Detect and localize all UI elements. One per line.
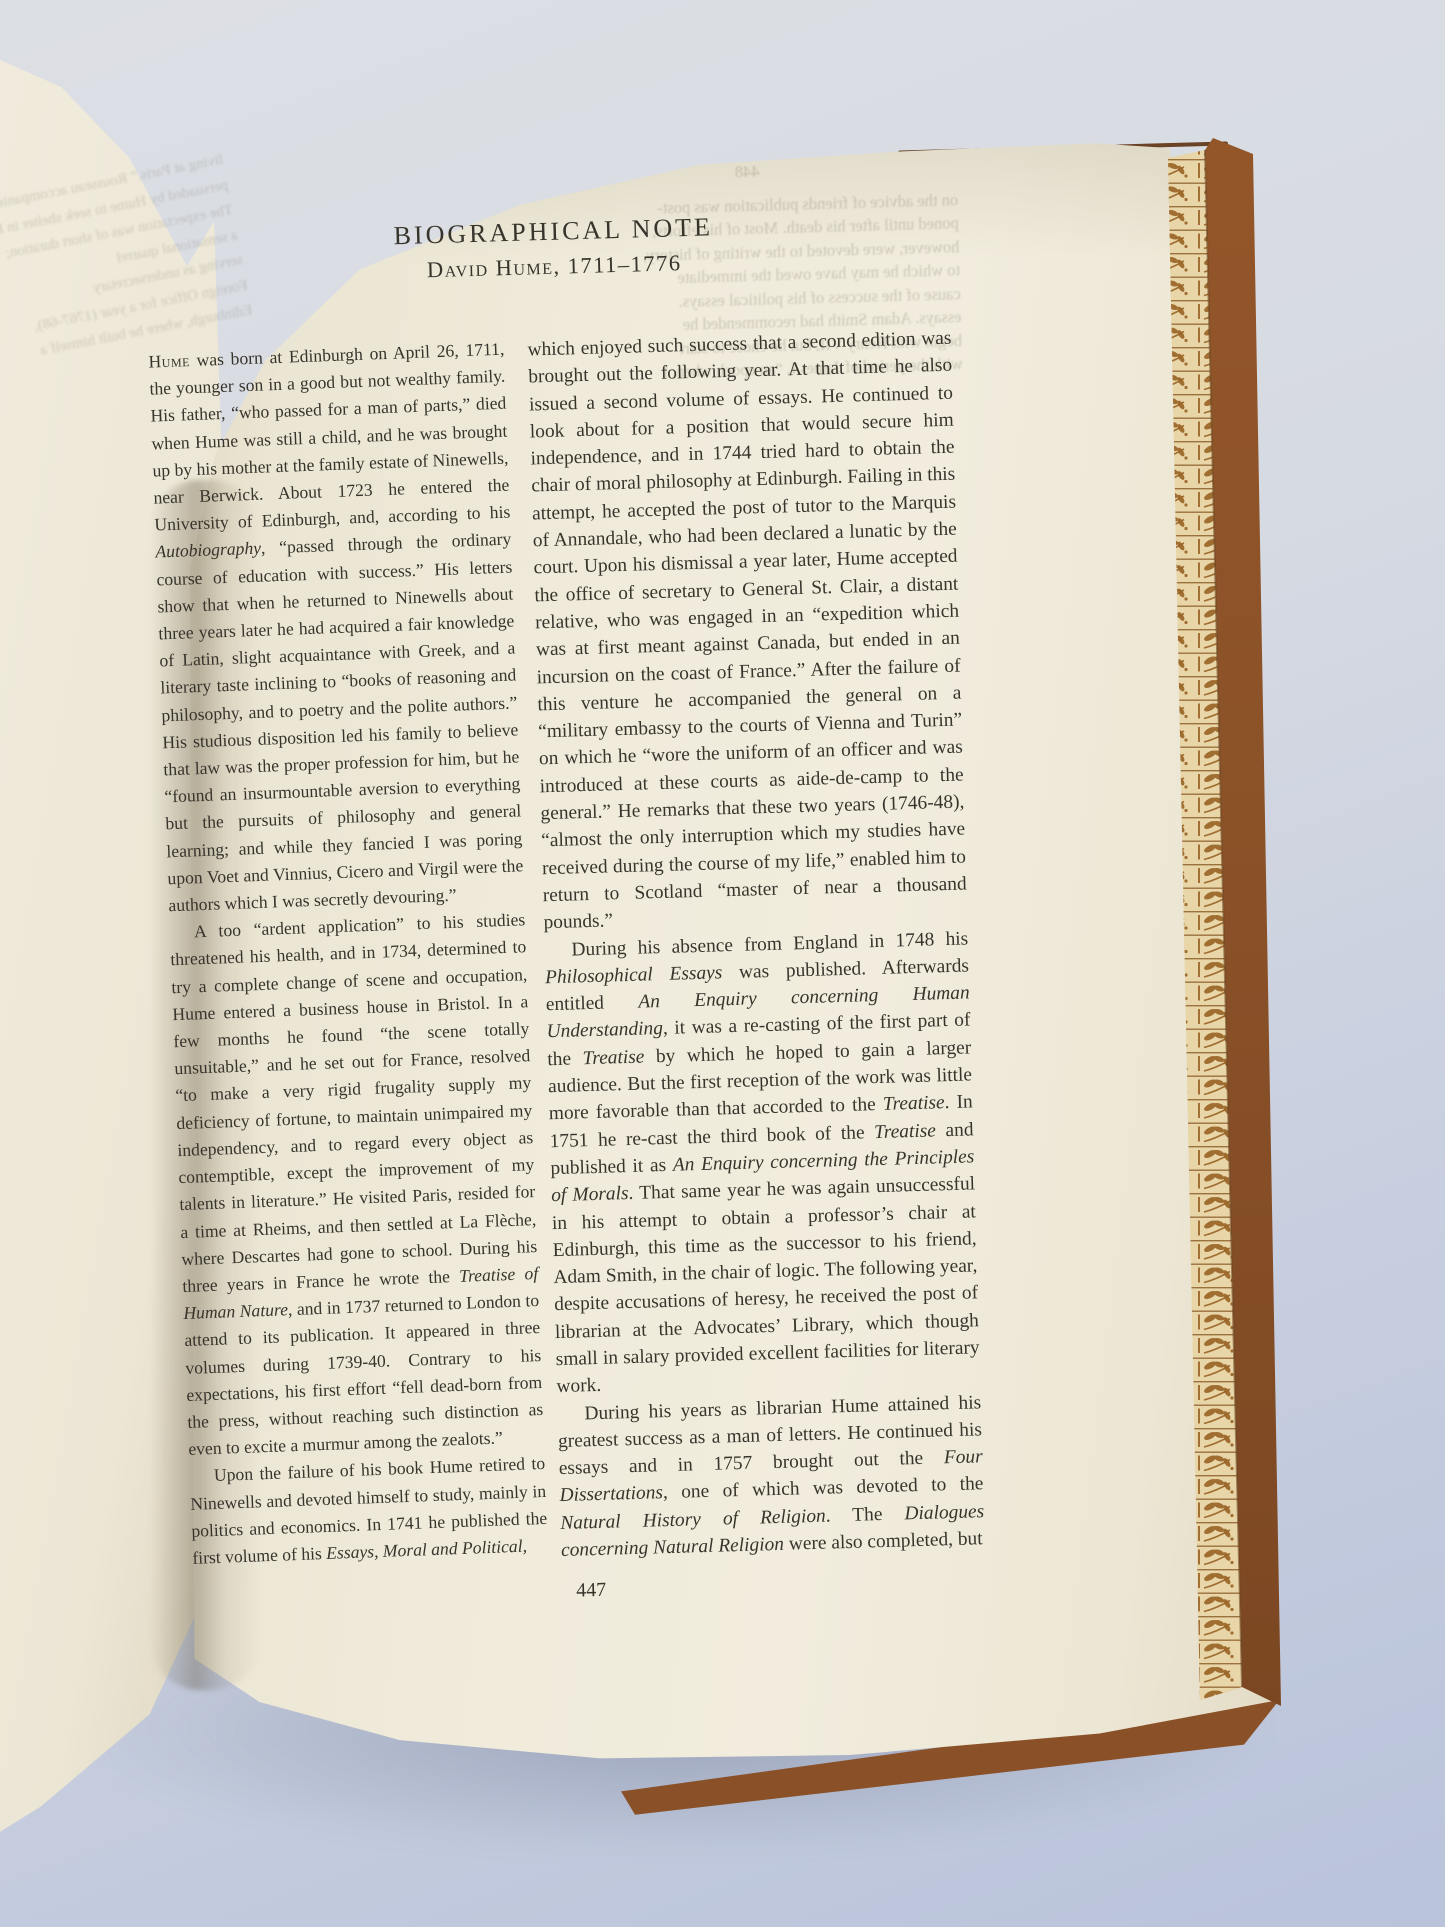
text-column-left: Hume was born at Edinburgh on April 26, … xyxy=(148,336,549,1577)
paragraph: Upon the failure of his book Hume retire… xyxy=(189,1450,549,1572)
paragraph: which enjoyed such success that a second… xyxy=(527,325,968,937)
paragraph: A too “ardent application” to his studie… xyxy=(169,907,545,1464)
paragraph: During his absence from England in 1748 … xyxy=(544,925,981,1401)
two-column-text: Hume was born at Edinburgh on April 26, … xyxy=(153,324,993,1574)
text-column-right: which enjoyed such success that a second… xyxy=(527,325,985,1565)
page-content: BIOGRAPHICAL NOTE David Hume, 1711–1776 … xyxy=(150,205,994,1613)
photo-open-book: { "scene": { "background_color": "#d6dae… xyxy=(0,0,1445,1927)
paragraph: During his years as librarian Hume attai… xyxy=(557,1389,985,1565)
gilt-fore-edge xyxy=(1150,112,1300,1722)
paragraph: Hume was born at Edinburgh on April 26, … xyxy=(148,336,525,920)
